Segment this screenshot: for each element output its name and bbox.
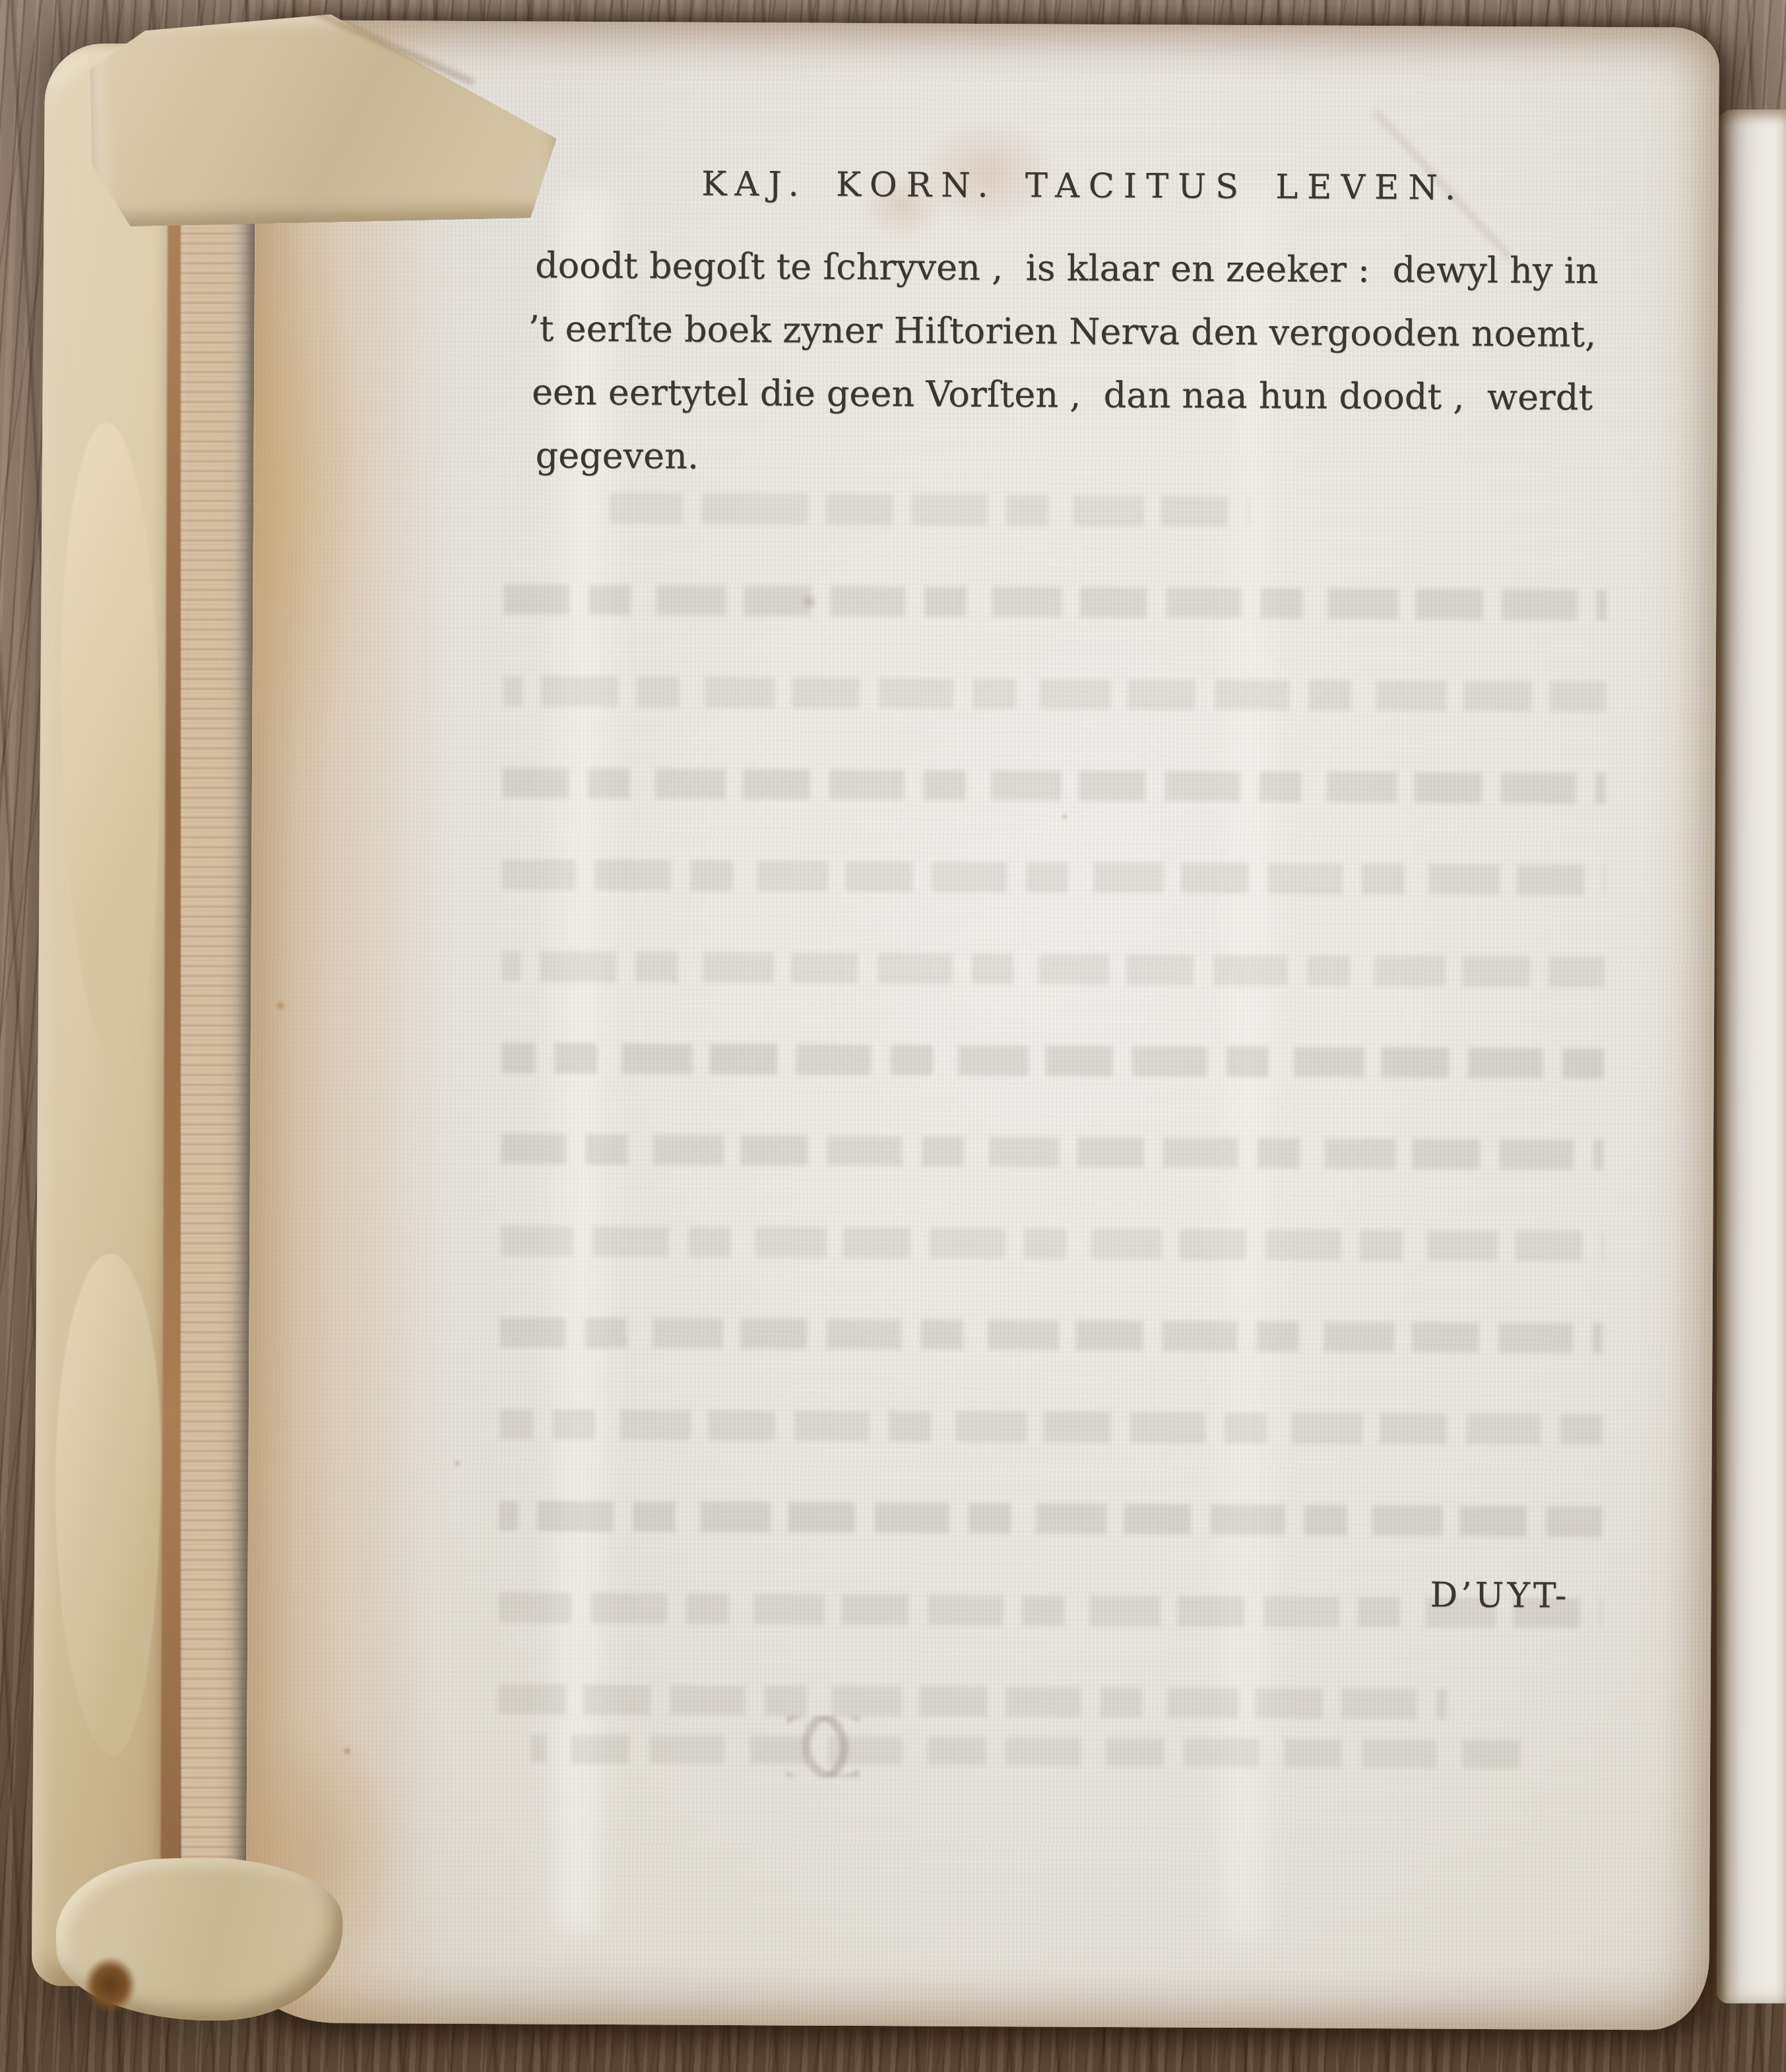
text-line: gegeven. [535,424,1636,493]
text-line: ’t eerſte boek zyner Hiſtorien Nerva den… [528,297,1636,366]
showthrough-line [499,1317,1603,1353]
body-paragraph: doodt begoſt te ſchryven , is klaar en z… [527,234,1637,493]
worm-hole [84,1957,136,2013]
foxing-spot [274,1000,286,1010]
signature-mark-showthrough [786,1716,859,1777]
showthrough-line [610,493,1250,527]
showthrough-line [503,676,1607,712]
photo-of-book-on-wood-table: { "page": { "header": "KAJ. KORN. TACITU… [0,0,1786,2072]
foxing-spot [342,1747,352,1755]
text-line: doodt begoſt te ſchryven , is klaar en z… [535,234,1637,303]
showthrough-line [500,1226,1603,1262]
showthrough-line [498,1684,1447,1720]
verso-showthrough-block [498,492,1608,1720]
showthrough-line [501,1134,1604,1171]
next-page-edge [1717,110,1786,2003]
showthrough-line [503,584,1607,620]
showthrough-line [502,859,1605,895]
running-title: KAJ. KORN. TACITUS LEVEN. [605,164,1562,209]
book-page: KAJ. KORN. TACITUS LEVEN. doodt begoſt t… [245,20,1719,2030]
showthrough-line [501,951,1605,987]
showthrough-line [499,1409,1603,1445]
showthrough-line [501,1043,1605,1079]
showthrough-line [503,767,1606,804]
showthrough-line [530,1734,1520,1768]
text-line: een eertytel die geen Vorſten , dan naa … [532,360,1636,430]
catchword: D’UYT- [1430,1576,1570,1616]
foxing-spot [453,1460,462,1468]
showthrough-line [499,1501,1602,1537]
